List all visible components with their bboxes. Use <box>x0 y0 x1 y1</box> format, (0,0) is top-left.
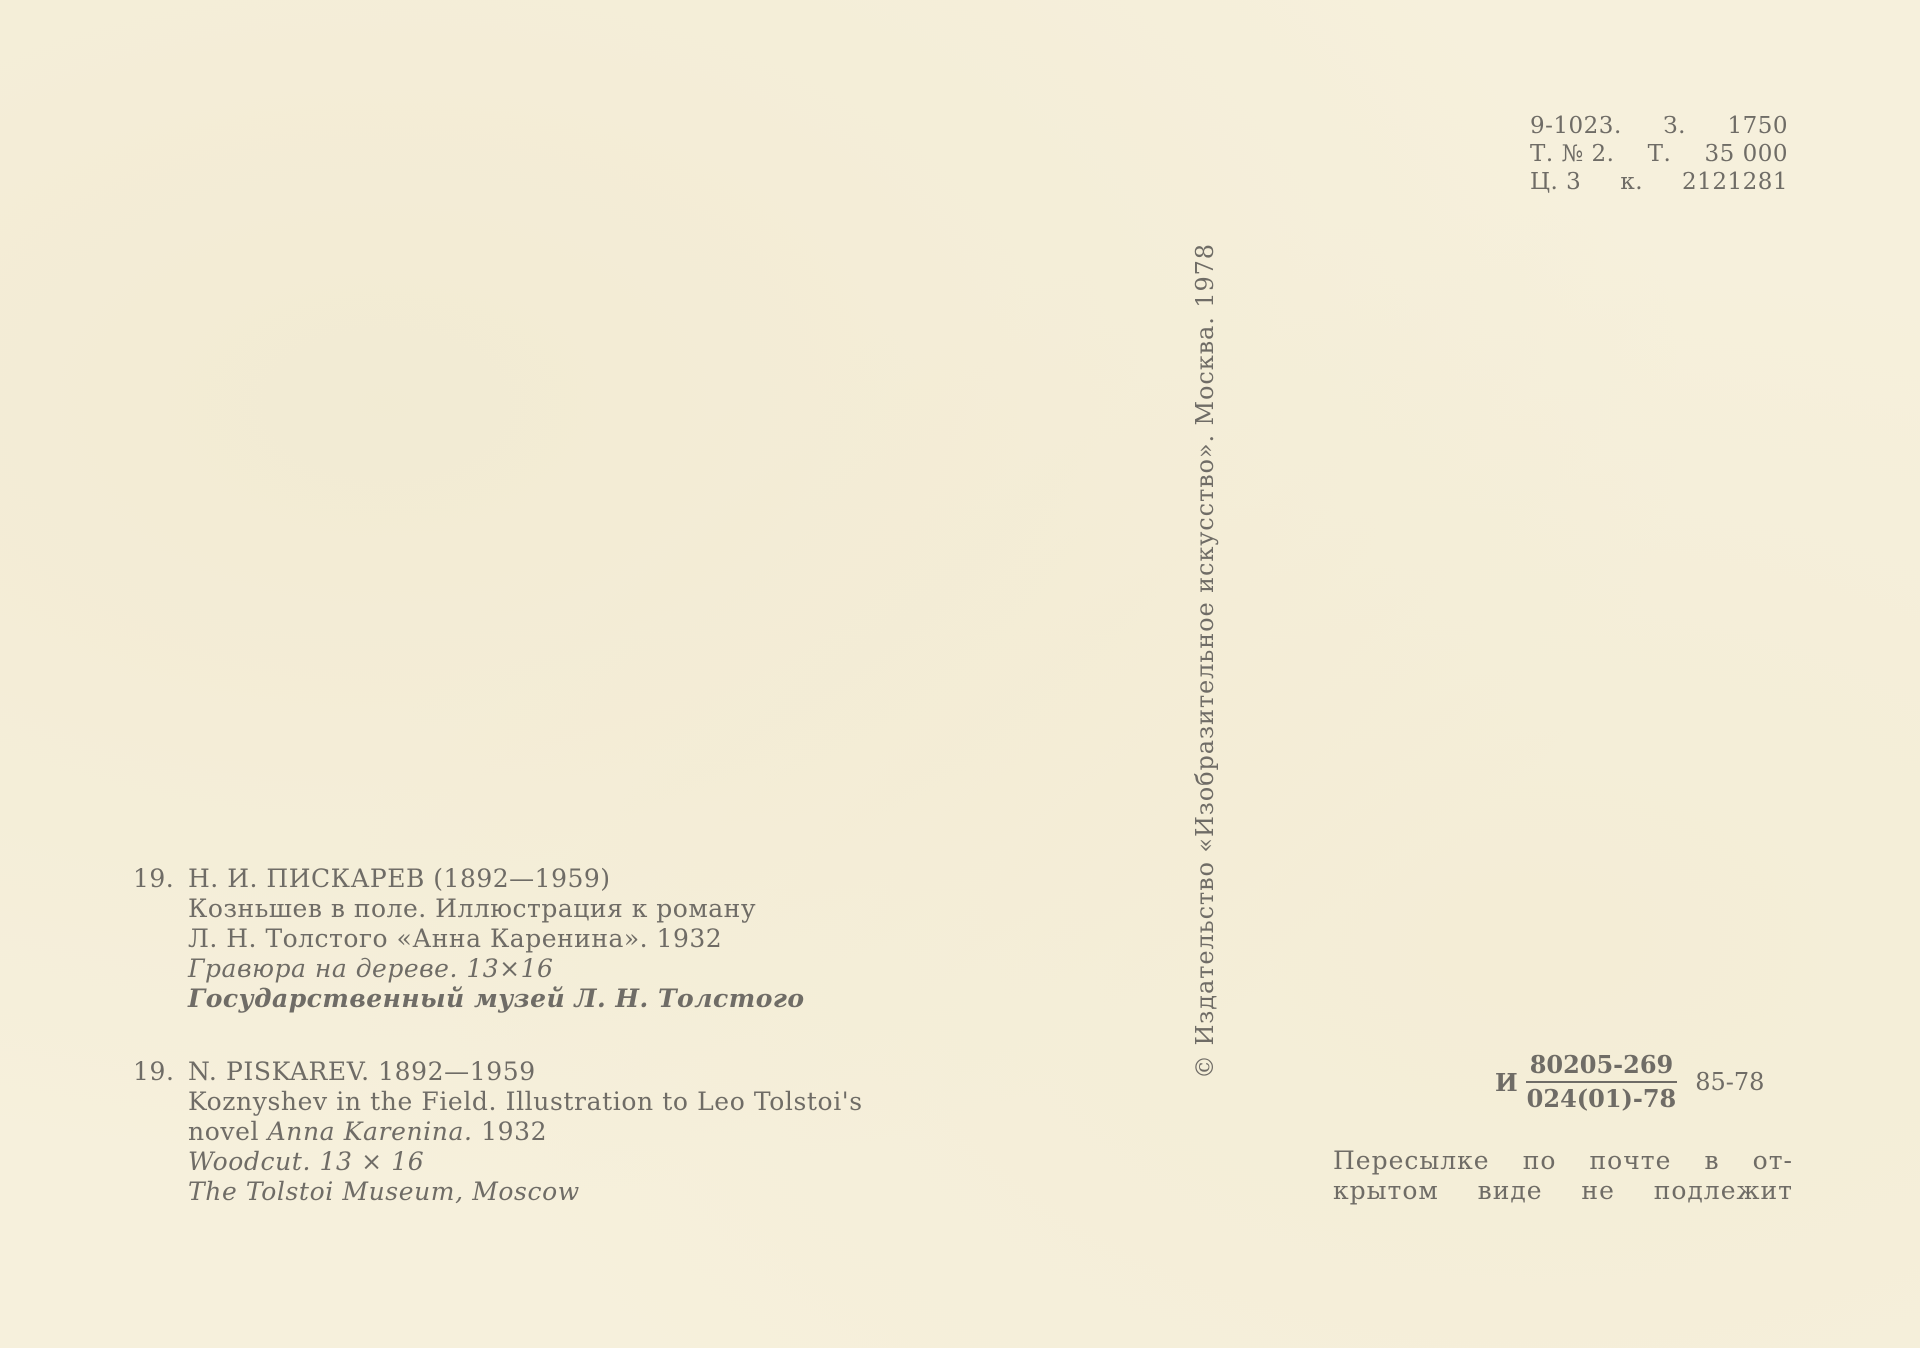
meta-row: 9-1023. З. 1750 <box>1530 112 1788 140</box>
title-line: Koznyshev in the Field. Illustration to … <box>133 1087 863 1117</box>
collection: Государственный музей Л. Н. Толстого <box>133 984 805 1014</box>
medium: Гравюра на дереве. 13×16 <box>133 954 805 984</box>
title-line: Козньшев в поле. Иллюстрация к роману <box>133 894 805 924</box>
fraction-denominator: 024(01)-78 <box>1527 1083 1677 1114</box>
index-letter: И <box>1495 1068 1518 1097</box>
meta-row: Ц. 3 к. 2121281 <box>1530 168 1788 196</box>
title-line: novel Anna Karenina. 1932 <box>133 1117 863 1147</box>
catalog-code: 85-78 <box>1695 1068 1764 1096</box>
artist-name: N. PISKAREV. 1892—1959 <box>188 1057 536 1086</box>
artist-name: Н. И. ПИСКАРЕВ (1892—1959) <box>188 864 611 893</box>
postal-line: Пересылке по почте в от- <box>1333 1146 1793 1176</box>
postal-line: крытом виде не подлежит <box>1333 1176 1793 1206</box>
novel-title: Anna Karenina. <box>268 1117 473 1146</box>
collection: The Tolstoi Museum, Moscow <box>133 1177 863 1207</box>
publisher-imprint: © Издательство «Изобразительное искусств… <box>1191 243 1219 1079</box>
fraction: 80205-269 024(01)-78 <box>1526 1050 1678 1114</box>
meta-row: Т. № 2. Т. 35 000 <box>1530 140 1788 168</box>
caption-number: 19. <box>133 864 188 894</box>
title-line: Л. Н. Толстого «Анна Каренина». 1932 <box>133 924 805 954</box>
caption-number: 19. <box>133 1057 188 1087</box>
russian-caption: 19.Н. И. ПИСКАРЕВ (1892—1959) Козньшев в… <box>133 864 805 1014</box>
index-code: И 80205-269 024(01)-78 85-78 <box>1495 1050 1764 1114</box>
postal-notice: Пересылке по почте в от- крытом виде не … <box>1333 1146 1793 1206</box>
english-caption: 19.N. PISKAREV. 1892—1959 Koznyshev in t… <box>133 1057 863 1207</box>
print-metadata: 9-1023. З. 1750 Т. № 2. Т. 35 000 Ц. 3 к… <box>1530 112 1788 196</box>
fraction-numerator: 80205-269 <box>1526 1050 1678 1083</box>
medium: Woodcut. 13 × 16 <box>133 1147 863 1177</box>
